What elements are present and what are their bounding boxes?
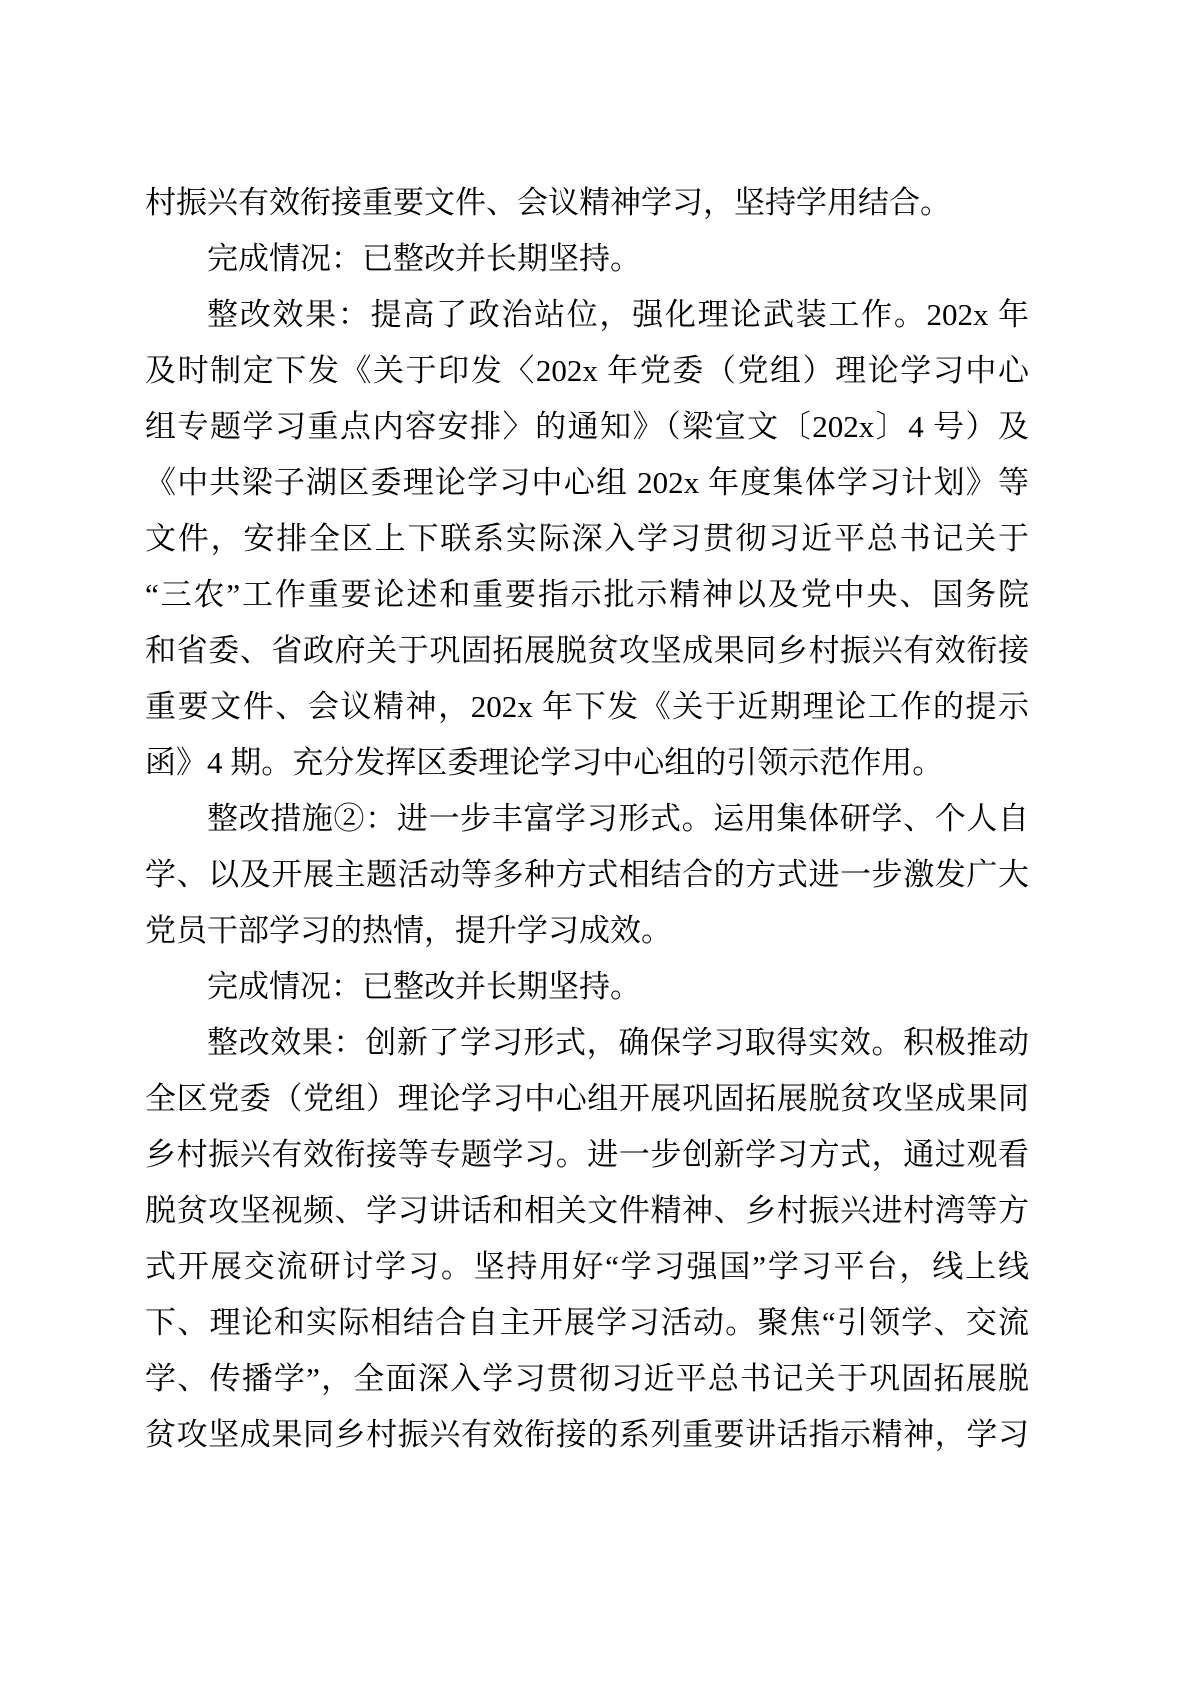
text-line: 学、传播学”，全面深入学习贯彻习近平总书记关于巩固拓展脱 — [145, 1351, 1029, 1407]
text-line: 整改措施②：进一步丰富学习形式。运用集体研学、个人自 — [145, 791, 1029, 847]
text-line: 重要文件、会议精神，202x 年下发《关于近期理论工作的提示 — [145, 679, 1029, 735]
document-page: 村振兴有效衔接重要文件、会议精神学习，坚持学用结合。 完成情况：已整改并长期坚持… — [0, 0, 1190, 1683]
text-line: 贫攻坚成果同乡村振兴有效衔接的系列重要讲话指示精神，学习 — [145, 1407, 1029, 1463]
text-line: 及时制定下发《关于印发〈202x 年党委（党组）理论学习中心 — [145, 343, 1029, 399]
text-line: 全区党委（党组）理论学习中心组开展巩固拓展脱贫攻坚成果同 — [145, 1071, 1029, 1127]
text-line: 脱贫攻坚视频、学习讲话和相关文件精神、乡村振兴进村湾等方 — [145, 1183, 1029, 1239]
text-line: 党员干部学习的热情，提升学习成效。 — [145, 903, 1029, 959]
text-line: “三农”工作重要论述和重要指示批示精神以及党中央、国务院 — [145, 567, 1029, 623]
text-line: 完成情况：已整改并长期坚持。 — [145, 959, 1029, 1015]
text-line: 下、理论和实际相结合自主开展学习活动。聚焦“引领学、交流 — [145, 1295, 1029, 1351]
document-body: 村振兴有效衔接重要文件、会议精神学习，坚持学用结合。 完成情况：已整改并长期坚持… — [145, 175, 1029, 1463]
text-line: 村振兴有效衔接重要文件、会议精神学习，坚持学用结合。 — [145, 175, 1029, 231]
text-line: 组专题学习重点内容安排〉的通知》（梁宣文〔202x〕4 号）及 — [145, 399, 1029, 455]
text-line: 整改效果：提高了政治站位，强化理论武装工作。202x 年 — [145, 287, 1029, 343]
text-line: 学、以及开展主题活动等多种方式相结合的方式进一步激发广大 — [145, 847, 1029, 903]
text-line: 文件，安排全区上下联系实际深入学习贯彻习近平总书记关于 — [145, 511, 1029, 567]
text-line: 完成情况：已整改并长期坚持。 — [145, 231, 1029, 287]
text-line: 式开展交流研讨学习。坚持用好“学习强国”学习平台，线上线 — [145, 1239, 1029, 1295]
text-line: 乡村振兴有效衔接等专题学习。进一步创新学习方式，通过观看 — [145, 1127, 1029, 1183]
text-line: 函》4 期。充分发挥区委理论学习中心组的引领示范作用。 — [145, 735, 1029, 791]
text-line: 《中共梁子湖区委理论学习中心组 202x 年度集体学习计划》等 — [145, 455, 1029, 511]
text-line: 和省委、省政府关于巩固拓展脱贫攻坚成果同乡村振兴有效衔接 — [145, 623, 1029, 679]
text-line: 整改效果：创新了学习形式，确保学习取得实效。积极推动 — [145, 1015, 1029, 1071]
